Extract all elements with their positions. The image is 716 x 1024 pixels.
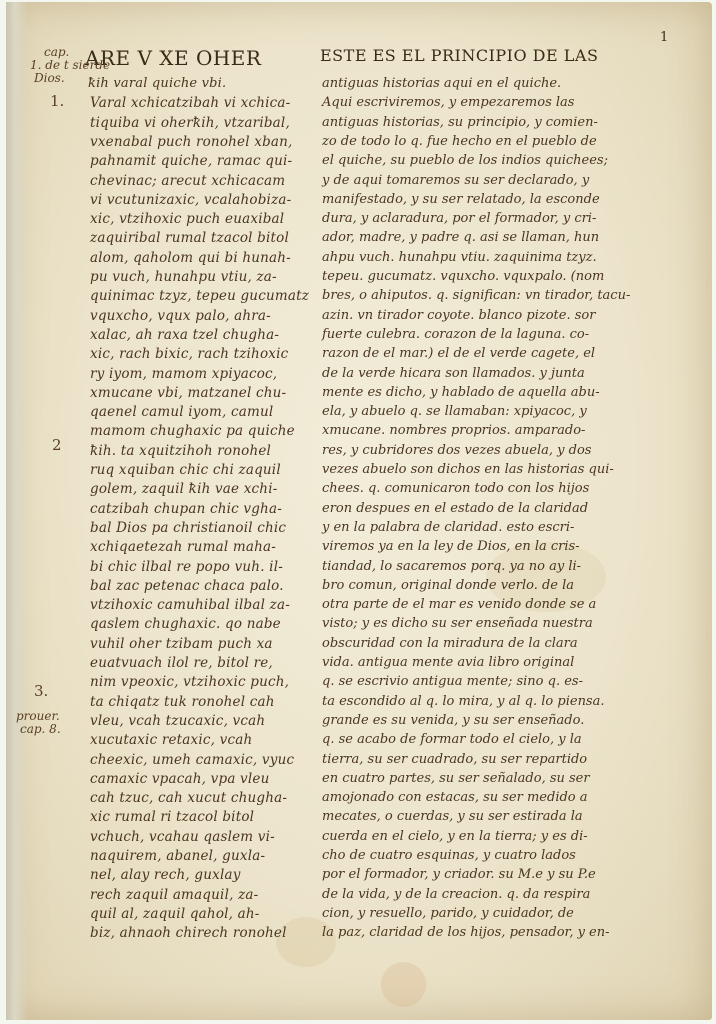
kiche-text-line: qaenel camul iyom, camul: [90, 404, 273, 420]
kiche-text-line: vuhil oher tzibam puch xa: [90, 636, 273, 652]
kiche-text-line: ꝁih varal quiche vbi.: [88, 76, 226, 91]
kiche-text-line: xmucane vbi, matzanel chu-: [90, 385, 286, 401]
kiche-text-line: naquirem, abanel, guxla-: [90, 848, 265, 864]
spanish-text-line: razon de el mar.) el de el verde cagete,…: [322, 346, 595, 361]
spanish-text-line: azin. vn tirador coyote. blanco pizote. …: [322, 308, 595, 323]
kiche-text-line: tiquiba vi oherꝁih, vtzaribal,: [90, 115, 290, 131]
spanish-text-line: obscuridad con la miradura de la clara: [322, 636, 578, 651]
kiche-text-line: camaxic vpacah, vpa vleu: [90, 771, 269, 787]
kiche-text-line: quinimac tzyz, tepeu gucumatz: [90, 288, 309, 304]
spanish-text-line: fuerte culebra. corazon de la laguna. co…: [322, 327, 589, 342]
kiche-text-line: biz, ahnaoh chirech ronohel: [90, 925, 287, 941]
kiche-text-line: catzibah chupan chic vgha-: [90, 501, 282, 517]
binding-gutter: [6, 2, 28, 1020]
verse-number-1: 1.: [50, 92, 64, 110]
spanish-text-line: antiguas historias aqui en el quiche.: [322, 76, 561, 91]
spanish-text-line: en cuatro partes, su ser señalado, su se…: [322, 771, 590, 786]
kiche-text-line: ry iyom, mamom xpiyacoc,: [90, 366, 277, 382]
spanish-text-line: ahpu vuch. hunahpu vtiu. zaquinima tzyz.: [322, 250, 597, 265]
spanish-text-line: ela, y abuelo q. se llamaban: xpiyacoc, …: [322, 404, 587, 419]
spanish-text-line: q. se acabo de formar todo el cielo, y l…: [322, 732, 582, 747]
kiche-text-line: nim vpeoxic, vtzihoxic puch,: [90, 674, 289, 690]
kiche-text-line: cah tzuc, cah xucut chugha-: [90, 790, 287, 806]
spanish-text-line: otra parte de el mar es venido donde se …: [322, 597, 596, 612]
water-stain: [381, 962, 426, 1007]
kiche-text-line: xic rumal ri tzacol bitol: [90, 809, 254, 825]
spanish-text-line: y en la palabra de claridad. esto escri-: [322, 520, 574, 535]
spanish-text-line: Aqui escriviremos, y empezaremos las: [322, 95, 574, 110]
kiche-text-line: Varal xchicatzibah vi xchica-: [90, 95, 290, 111]
kiche-text-line: ta chiqatz tuk ronohel cah: [90, 694, 275, 710]
spanish-text-line: tepeu. gucumatz. vquxcho. vquxpalo. (nom: [322, 269, 604, 284]
kiche-text-line: mamom chughaxic pa quiche: [90, 423, 295, 439]
kiche-text-line: vtzihoxic camuhibal ilbal za-: [90, 597, 290, 613]
spanish-text-line: cion, y resuello, parido, y cuidador, de: [322, 906, 574, 921]
kiche-text-line: ꝁih. ta xquitzihoh ronohel: [90, 443, 271, 459]
spanish-text-line: de la verde hicara son llamados. y junta: [322, 366, 585, 381]
spanish-text-line: cuerda en el cielo, y en la tierra; y es…: [322, 829, 588, 844]
spanish-text-line: mecates, o cuerdas, y su ser estirada la: [322, 809, 583, 824]
spanish-text-line: q. se escrivio antigua mente; sino q. es…: [322, 674, 583, 689]
margin-note-proverbs-8: prouer. cap. 8.: [16, 710, 61, 736]
folio-number: 1: [660, 30, 668, 45]
kiche-text-line: bal Dios pa christianoil chic: [90, 520, 286, 536]
spanish-text-line: grande es su venida, y su ser enseñado.: [322, 713, 584, 728]
spanish-text-line: tiandad, lo sacaremos porq. ya no ay li-: [322, 559, 581, 574]
spanish-text-line: de la vida, y de la creacion. q. da resp…: [322, 887, 590, 902]
kiche-text-line: bal zac petenac chaca palo.: [90, 578, 284, 594]
kiche-text-line: xalac, ah raxa tzel chugha-: [90, 327, 279, 343]
verse-number-2: 2: [52, 436, 62, 454]
kiche-text-line: quil al, zaquil qahol, ah-: [90, 906, 260, 922]
kiche-text-line: vi vcutunizaxic, vcalahobiza-: [90, 192, 291, 208]
spanish-text-line: amojonado con estacas, su ser medido a: [322, 790, 588, 805]
spanish-text-line: bro comun, original donde verlo. de la: [322, 578, 574, 593]
kiche-text-line: qaslem chughaxic. qo nabe: [90, 616, 281, 632]
kiche-text-line: vquxcho, vqux palo, ahra-: [90, 308, 271, 324]
kiche-text-line: ruq xquiban chic chi zaquil: [90, 462, 281, 478]
kiche-text-line: euatvuach ilol re, bitol re,: [90, 655, 273, 671]
kiche-text-line: nel, alay rech, guxlay: [90, 867, 241, 883]
kiche-text-line: pahnamit quiche, ramac qui-: [90, 153, 292, 169]
kiche-text-line: pu vuch, hunahpu vtiu, za-: [90, 269, 277, 285]
spanish-text-line: ador, madre, y padre q. asi se llaman, h…: [322, 230, 599, 245]
spanish-text-line: dura, y aclaradura, por el formador, y c…: [322, 211, 596, 226]
spanish-text-line: antiguas historias, su principio, y comi…: [322, 115, 598, 130]
spanish-text-line: el quiche, su pueblo de los indios quich…: [322, 153, 608, 168]
spanish-text-line: la paz, claridad de los hijos, pensador,…: [322, 925, 610, 940]
kiche-text-line: chevinac; arecut xchicacam: [90, 173, 285, 189]
verse-number-3: 3.: [34, 682, 48, 700]
kiche-text-line: zaquiribal rumal tzacol bitol: [90, 230, 289, 246]
spanish-text-line: cho de cuatro esquinas, y cuatro lados: [322, 848, 576, 863]
spanish-text-line: tierra, su ser cuadrado, su ser repartid…: [322, 752, 587, 767]
kiche-text-line: golem, zaquil ꝁih vae xchi-: [90, 481, 277, 497]
kiche-text-line: vxenabal puch ronohel xban,: [90, 134, 293, 150]
spanish-text-line: bres, o ahiputos. q. significan: vn tira…: [322, 288, 630, 303]
heading-spanish: ESTE ES EL PRINCIPIO DE LAS: [320, 46, 598, 65]
spanish-text-line: mente es dicho, y hablado de aquella abu…: [322, 385, 600, 400]
spanish-text-line: chees. q. comunicaron todo con los hijos: [322, 481, 589, 496]
spanish-text-line: ta escondido al q. lo mira, y al q. lo p…: [322, 694, 605, 709]
spanish-text-line: res, y cubridores dos vezes abuela, y do…: [322, 443, 591, 458]
kiche-text-line: xic, rach bixic, rach tzihoxic: [90, 346, 288, 362]
kiche-text-line: cheexic, umeh camaxic, vyuc: [90, 752, 294, 768]
kiche-text-line: xchiqaetezah rumal maha-: [90, 539, 276, 555]
spanish-text-line: visto; y es dicho su ser enseñada nuestr…: [322, 616, 593, 631]
spanish-text-line: zo de todo lo q. fue hecho en el pueblo …: [322, 134, 597, 149]
spanish-text-line: por el formador, y criador. su M.e y su …: [322, 867, 596, 882]
kiche-text-line: bi chic ilbal re popo vuh. il-: [90, 559, 283, 575]
spanish-text-line: eron despues en el estado de la claridad: [322, 501, 588, 516]
spanish-text-line: viremos ya en la ley de Dios, en la cris…: [322, 539, 580, 554]
kiche-text-line: rech zaquil amaquil, za-: [90, 887, 258, 903]
spanish-text-line: xmucane. nombres proprios. amparado-: [322, 423, 585, 438]
kiche-text-line: vleu, vcah tzucaxic, vcah: [90, 713, 265, 729]
spanish-text-line: vezes abuelo son dichos en las historias…: [322, 462, 614, 477]
kiche-text-line: xic, vtzihoxic puch euaxibal: [90, 211, 284, 227]
spanish-text-line: manifestado, y su ser relatado, la escon…: [322, 192, 600, 207]
kiche-text-line: vchuch, vcahau qaslem vi-: [90, 829, 275, 845]
heading-kiche: ARE V XE OHER: [85, 46, 261, 70]
kiche-text-line: alom, qaholom qui bi hunah-: [90, 250, 291, 266]
spanish-text-line: vida. antigua mente avia libro original: [322, 655, 574, 670]
kiche-text-line: xucutaxic retaxic, vcah: [90, 732, 252, 748]
spanish-text-line: y de aqui tomaremos su ser declarado, y: [322, 173, 589, 188]
